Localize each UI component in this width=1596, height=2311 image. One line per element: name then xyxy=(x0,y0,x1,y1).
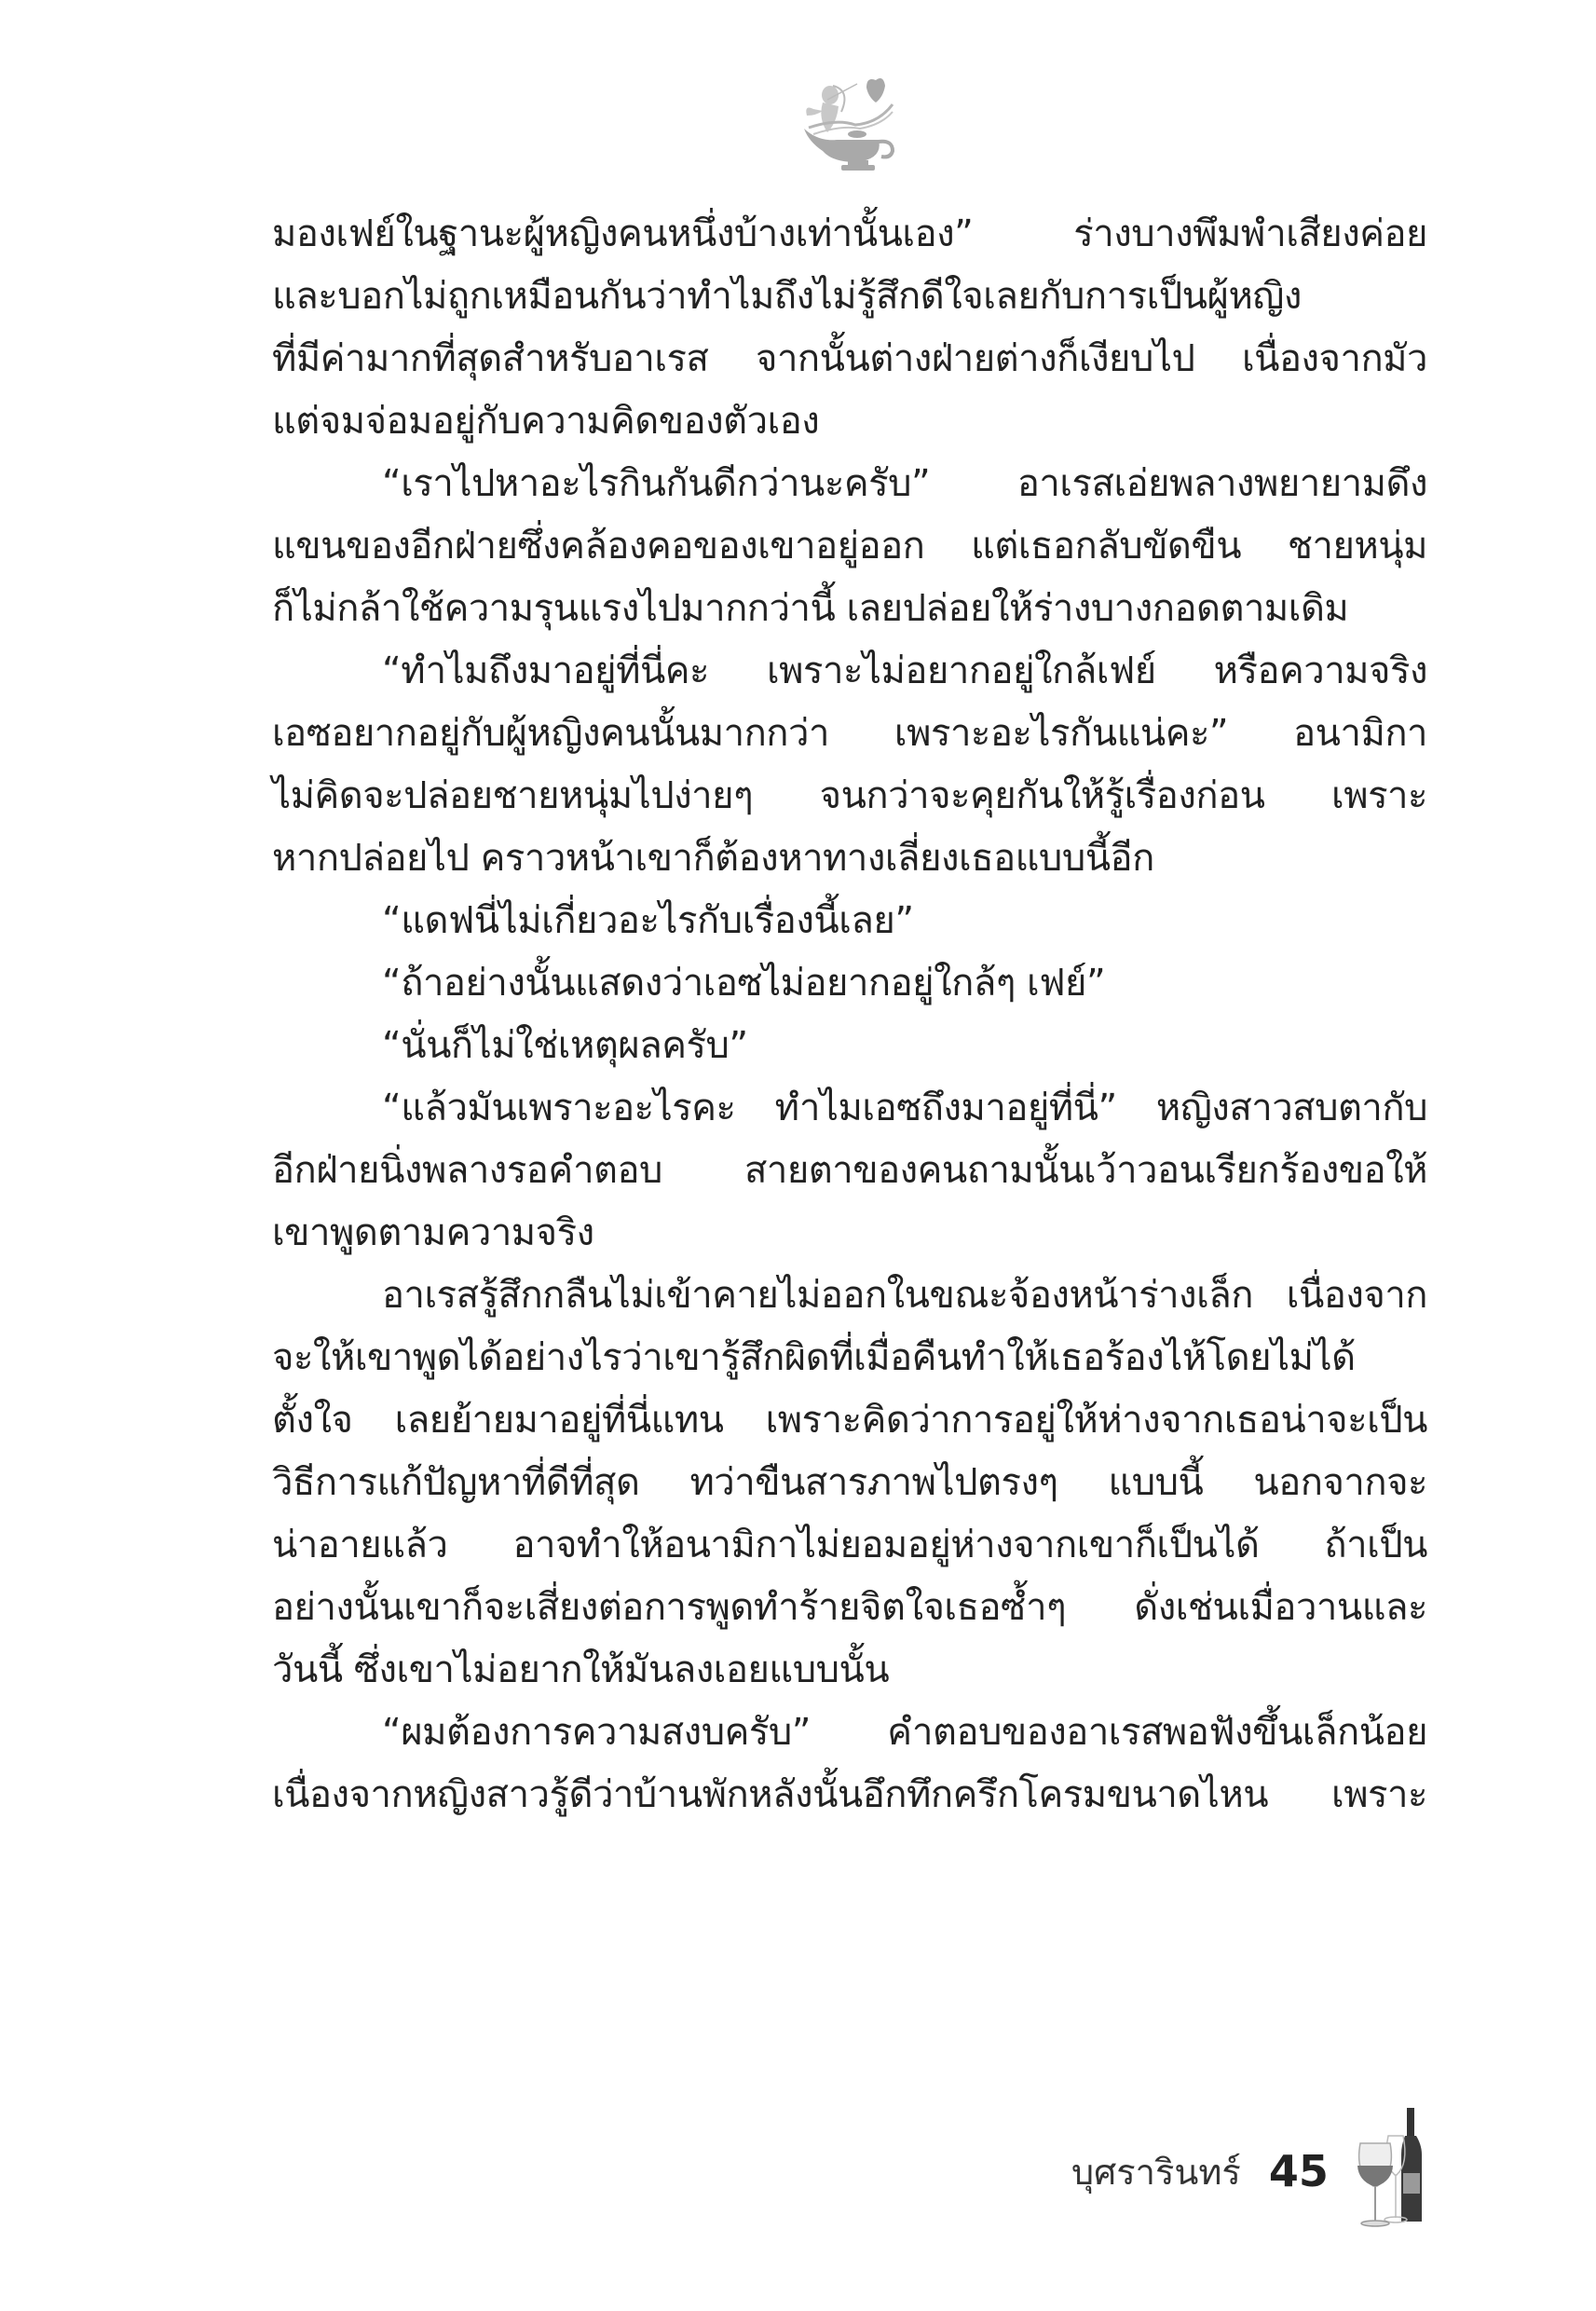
page-footer: บุศรารินทร์ 45 xyxy=(1071,2129,1329,2213)
text-line: อย่างนั้นเขาก็จะเสี่ยงต่อการพูดทำร้ายจิต… xyxy=(272,1577,1427,1639)
text-line: เนื่องจากหญิงสาวรู้ดีว่าบ้านพักหลังนั้นอ… xyxy=(272,1764,1427,1826)
text-line: วิธีการแก้ปัญหาที่ดีที่สุด ทว่าขืนสารภาพ… xyxy=(272,1452,1427,1514)
text-line: “นั่นก็ไม่ใช่เหตุผลครับ” xyxy=(272,1015,1427,1077)
text-line: ไม่คิดจะปล่อยชายหนุ่มไปง่ายๆ จนกว่าจะคุย… xyxy=(272,765,1427,827)
text-line: ก็ไม่กล้าใช้ความรุนแรงไปมากกว่านี้ เลยปล… xyxy=(272,578,1427,640)
text-line: วันนี้ ซึ่งเขาไม่อยากให้มันลงเอยแบบนั้น xyxy=(272,1639,1427,1702)
text-line: “แดฟนี่ไม่เกี่ยวอะไรกับเรื่องนี้เลย” xyxy=(272,890,1427,952)
page-number: 45 xyxy=(1269,2146,1329,2196)
text-line: “แล้วมันเพราะอะไรคะ ทำไมเอซถึงมาอยู่ที่น… xyxy=(272,1077,1427,1140)
text-line: “ทำไมถึงมาอยู่ที่นี่คะ เพราะไม่อยากอยู่ใ… xyxy=(272,640,1427,703)
text-line: จะให้เขาพูดได้อย่างไรว่าเขารู้สึกผิดที่เ… xyxy=(272,1327,1427,1389)
text-line: อีกฝ่ายนิ่งพลางรอคำตอบ สายตาของคนถามนั้น… xyxy=(272,1140,1427,1202)
body-text: มองเฟย์ในฐานะผู้หญิงคนหนึ่งบ้างเท่านั้นเ… xyxy=(272,203,1427,1826)
text-line: และบอกไม่ถูกเหมือนกันว่าทำไมถึงไม่รู้สึก… xyxy=(272,266,1427,328)
text-line: เอซอยากอยู่กับผู้หญิงคนนั้นมากกว่า เพราะ… xyxy=(272,703,1427,765)
text-line: แขนของอีกฝ่ายซึ่งคล้องคอของเขาอยู่ออก แต… xyxy=(272,515,1427,578)
text-line: อาเรสรู้สึกกลืนไม่เข้าคายไม่ออกในขณะจ้อง… xyxy=(272,1265,1427,1327)
author-name: บุศรารินทร์ xyxy=(1071,2143,1241,2200)
text-line: “เราไปหาอะไรกินกันดีกว่านะครับ” อาเรสเอ่… xyxy=(272,453,1427,515)
text-line: “ถ้าอย่างนั้นแสดงว่าเอซไม่อยากอยู่ใกล้ๆ … xyxy=(272,952,1427,1015)
text-line: มองเฟย์ในฐานะผู้หญิงคนหนึ่งบ้างเท่านั้นเ… xyxy=(272,203,1427,266)
text-line: หากปล่อยไป คราวหน้าเขาก็ต้องหาทางเลี่ยงเ… xyxy=(272,827,1427,890)
text-line: แต่จมจ่อมอยู่กับความคิดของตัวเอง xyxy=(272,390,1427,453)
text-line: น่าอายแล้ว อาจทำให้อนามิกาไม่ยอมอยู่ห่าง… xyxy=(272,1514,1427,1577)
wine-bottle-and-glasses-icon xyxy=(1353,2108,1437,2229)
text-line: ตั้งใจ เลยย้ายมาอยู่ที่นี่แทน เพราะคิดว่… xyxy=(272,1389,1427,1452)
genie-lamp-ornament-icon xyxy=(799,67,902,174)
text-line: “ผมต้องการความสงบครับ” คำตอบของอาเรสพอฟั… xyxy=(272,1702,1427,1764)
text-line: ที่มีค่ามากที่สุดสำหรับอาเรส จากนั้นต่าง… xyxy=(272,328,1427,390)
text-line: เขาพูดตามความจริง xyxy=(272,1202,1427,1265)
